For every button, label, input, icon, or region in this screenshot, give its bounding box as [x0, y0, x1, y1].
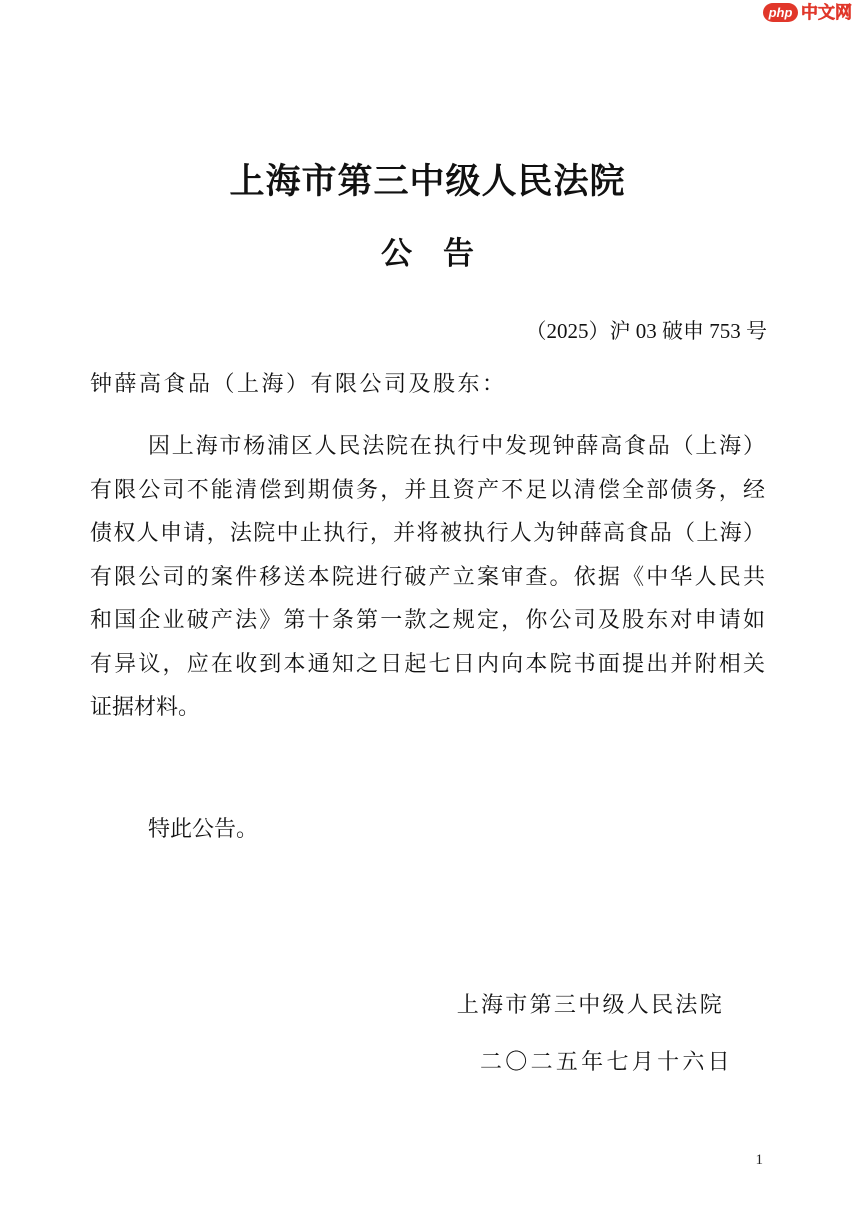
page-number: 1	[756, 1150, 764, 1170]
body-line: 债权人申请，法院中止执行，并将被执行人为钟薛高食品（上海）	[90, 511, 765, 555]
document-page: php 中文网 上海市第三中级人民法院 公 告 （2025）沪 03 破申 75…	[0, 0, 855, 1227]
body-line: 有异议，应在收到本通知之日起七日内向本院书面提出并附相关	[90, 642, 765, 686]
announcement-heading: 公 告	[0, 236, 855, 272]
body-line: 证据材料。	[90, 685, 765, 729]
php-badge-icon: php	[763, 3, 798, 22]
body-line: 有限公司不能清偿到期债务，并且资产不足以清偿全部债务，经	[90, 468, 765, 512]
site-name-text: 中文网	[801, 4, 852, 21]
site-logo: php 中文网	[763, 3, 852, 22]
addressee-line: 钟薛高食品（上海）有限公司及股东：	[90, 368, 507, 400]
body-line: 有限公司的案件移送本院进行破产立案审查。依据《中华人民共	[90, 555, 765, 599]
body-paragraph: 因上海市杨浦区人民法院在执行中发现钟薛高食品（上海） 有限公司不能清偿到期债务，…	[90, 424, 765, 729]
body-line: 因上海市杨浦区人民法院在执行中发现钟薛高食品（上海）	[90, 424, 765, 468]
signature-court-name: 上海市第三中级人民法院	[0, 989, 724, 1021]
court-title: 上海市第三中级人民法院	[0, 162, 855, 202]
signature-date: 二〇二五年七月十六日	[0, 1046, 733, 1078]
closing-line: 特此公告。	[90, 807, 765, 851]
body-line: 和国企业破产法》第十条第一款之规定，你公司及股东对申请如	[90, 598, 765, 642]
case-number: （2025）沪 03 破申 753 号	[0, 316, 767, 346]
